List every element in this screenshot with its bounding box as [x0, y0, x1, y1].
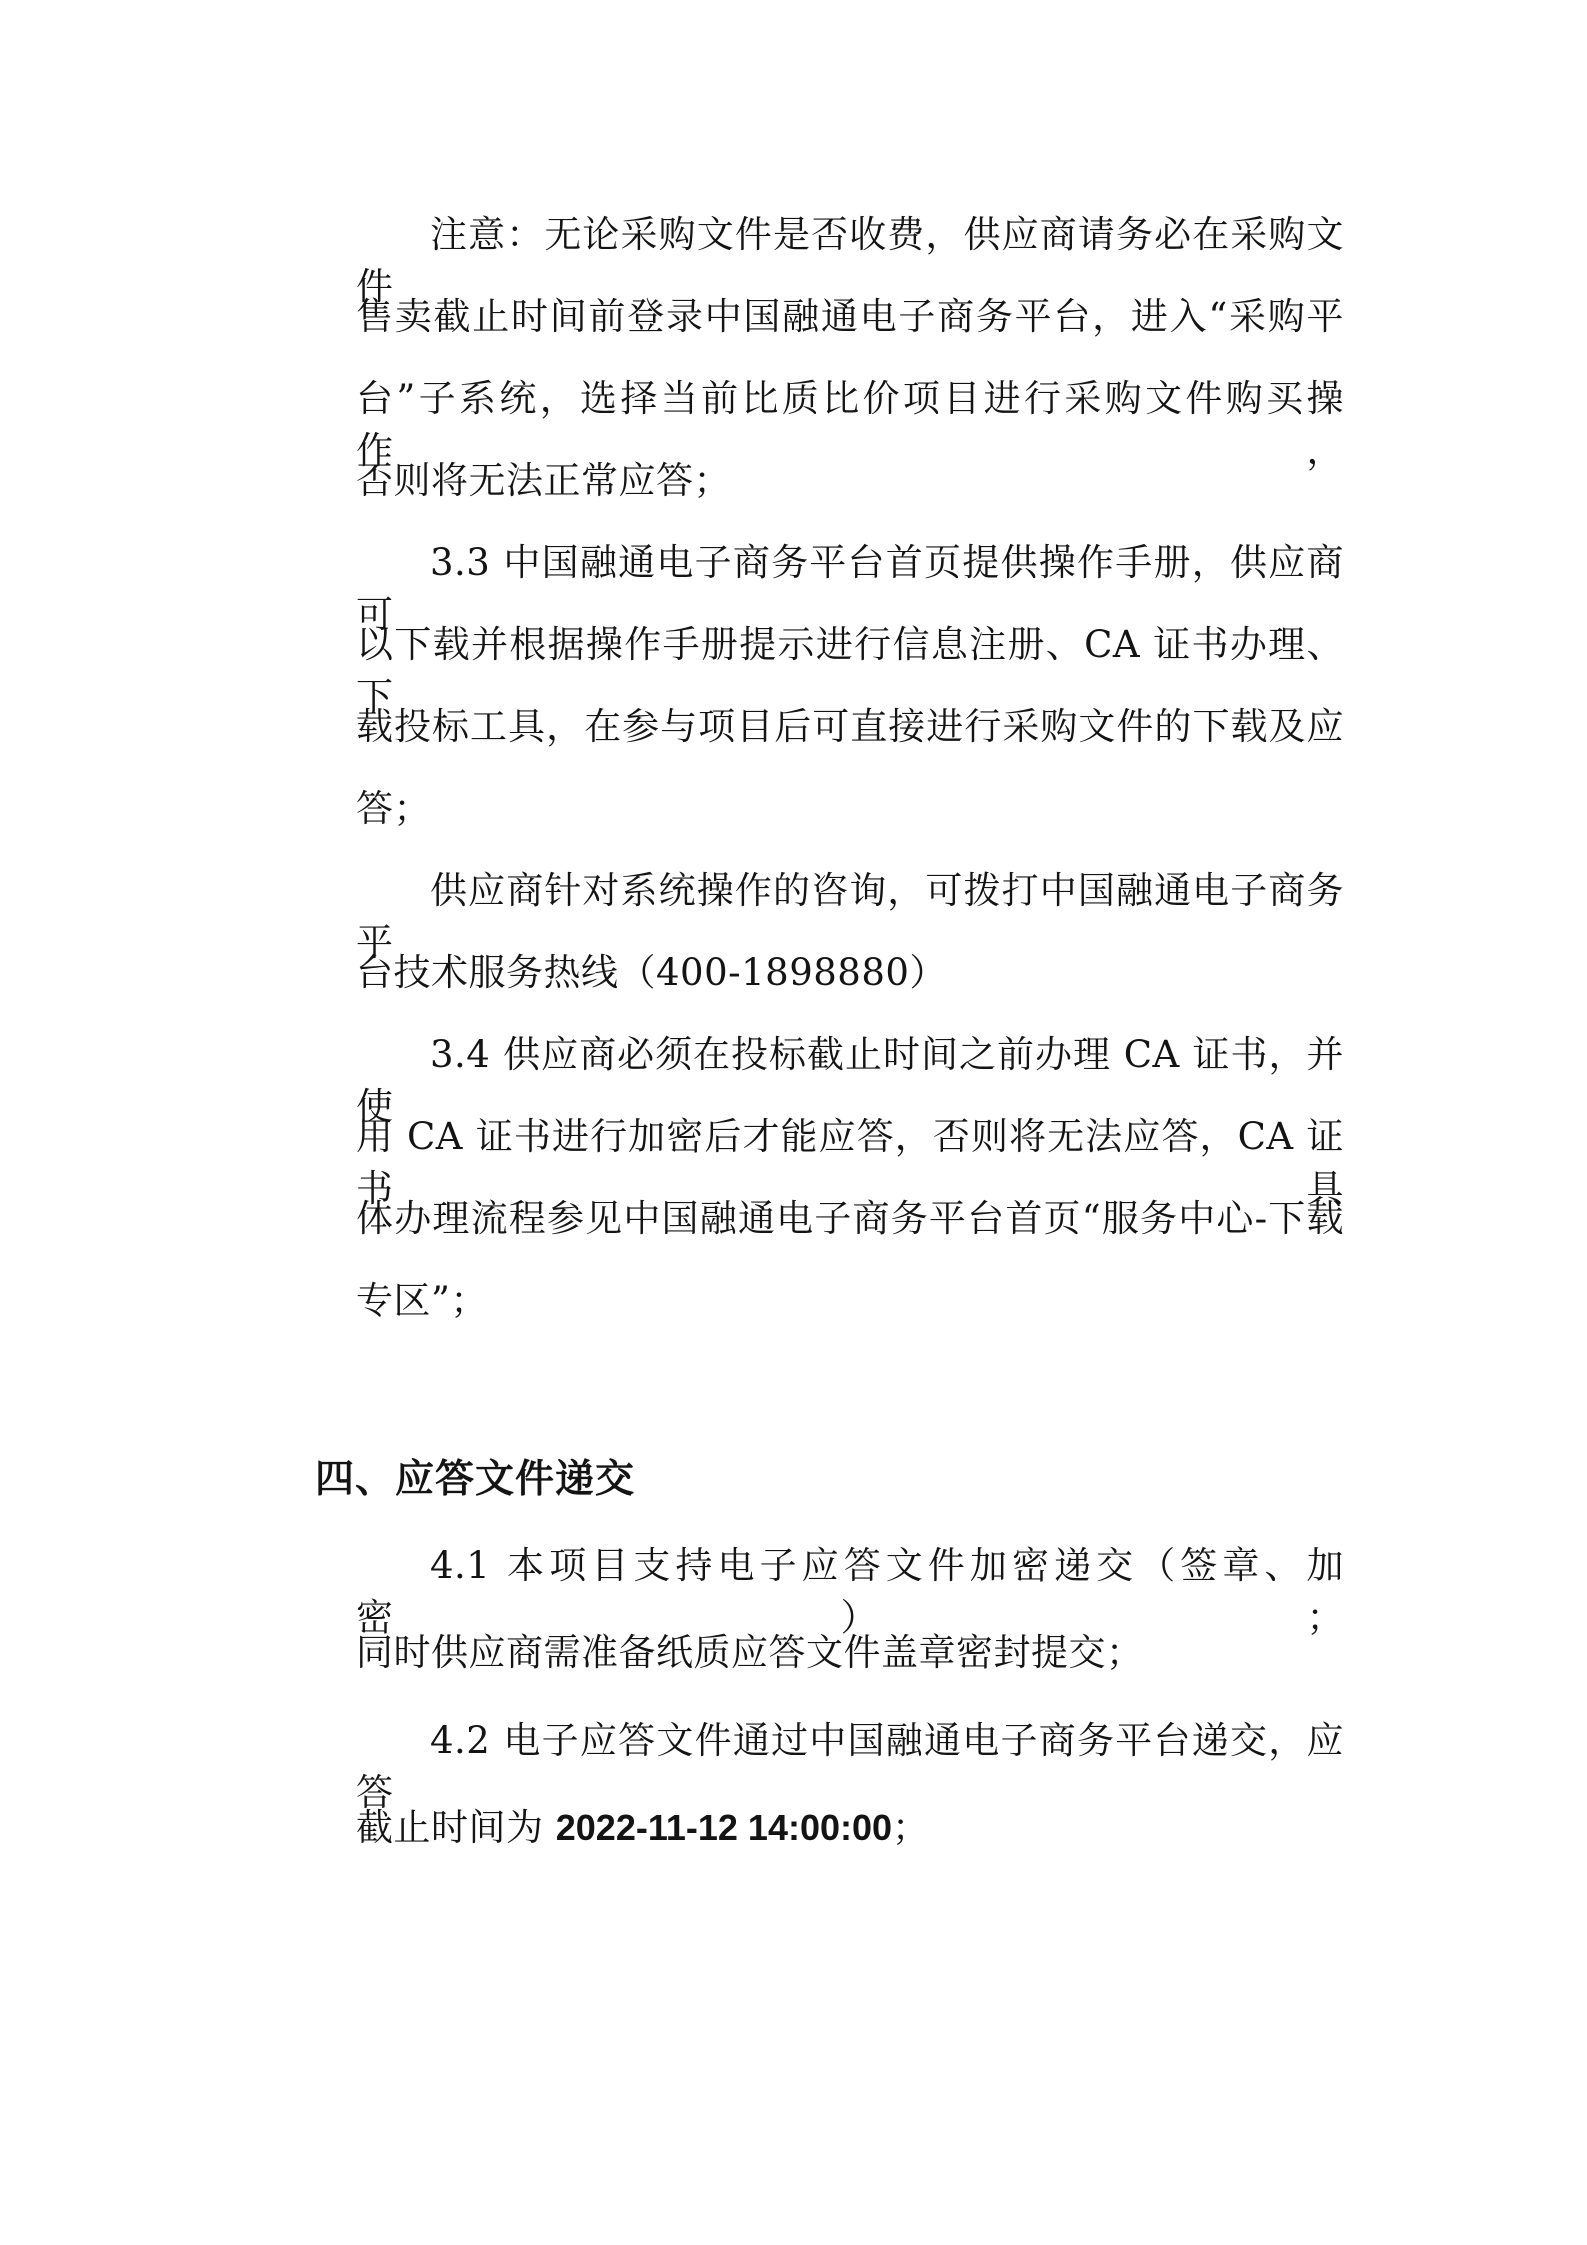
text-line: 台”子系统，选择当前比质比价项目进行采购文件购买操作， — [356, 373, 1344, 425]
deadline-suffix: ； — [892, 1806, 930, 1849]
text-line: 4.2 电子应答文件通过中国融通电子商务平台递交，应答 — [356, 1715, 1344, 1767]
text-line: 售卖截止时间前登录中国融通电子商务平台，进入“采购平 — [356, 291, 1344, 343]
text-line: 答； — [356, 783, 1344, 835]
text-line: 用 CA 证书进行加密后才能应答，否则将无法应答，CA 证书具 — [356, 1111, 1344, 1163]
text-line: 体办理流程参见中国融通电子商务平台首页“服务中心-下载 — [356, 1193, 1344, 1245]
deadline-datetime: 2022-11-12 14:00:00 — [556, 1807, 892, 1848]
text-line: 3.4 供应商必须在投标截止时间之前办理 CA 证书，并使 — [356, 1029, 1344, 1081]
text-line: 以下载并根据操作手册提示进行信息注册、CA 证书办理、下 — [356, 619, 1344, 671]
text-line: 4.1 本项目支持电子应答文件加密递交（签章、加密）； — [356, 1540, 1344, 1592]
deadline-line: 截止时间为 2022-11-12 14:00:00； — [356, 1802, 1344, 1854]
section-4-heading: 四、应答文件递交 — [315, 1451, 1344, 1507]
text-line: 3.3 中国融通电子商务平台首页提供操作手册，供应商可 — [356, 537, 1344, 589]
document-page: 注意：无论采购文件是否收费，供应商请务必在采购文件 售卖截止时间前登录中国融通电… — [0, 0, 1587, 2245]
text-line: 台技术服务热线（400-1898880） — [356, 947, 1344, 999]
deadline-prefix: 截止时间为 — [356, 1806, 556, 1849]
text-line: 载投标工具，在参与项目后可直接进行采购文件的下载及应 — [356, 701, 1344, 753]
text-line: 同时供应商需准备纸质应答文件盖章密封提交； — [356, 1627, 1344, 1679]
text-line: 专区”； — [356, 1275, 1344, 1327]
text-line: 否则将无法正常应答； — [356, 455, 1344, 507]
text-line: 供应商针对系统操作的咨询，可拨打中国融通电子商务平 — [356, 865, 1344, 917]
text-line: 注意：无论采购文件是否收费，供应商请务必在采购文件 — [356, 209, 1344, 261]
